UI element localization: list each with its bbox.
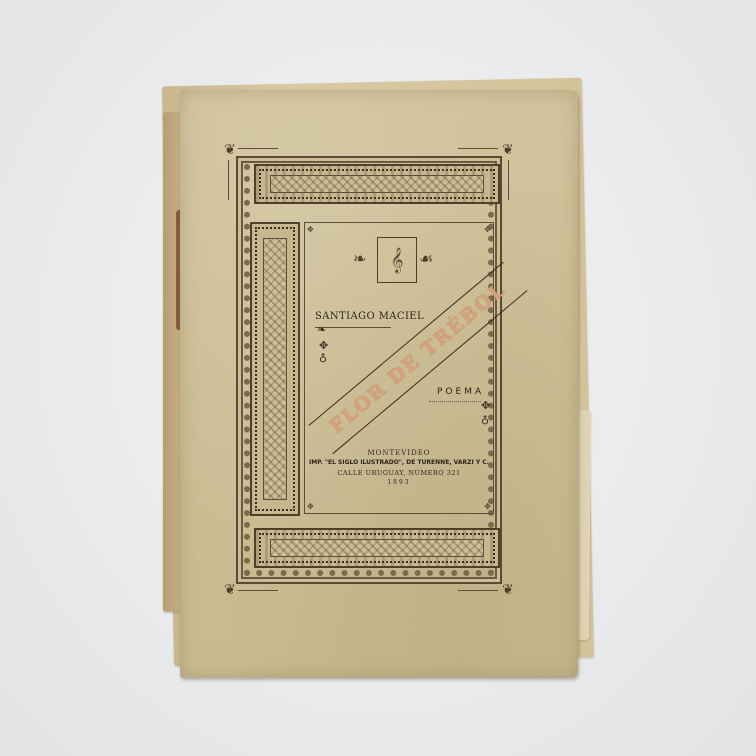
corner-rule: [458, 590, 498, 591]
subtitle-rule: [429, 401, 481, 402]
author-rule: [315, 327, 391, 328]
small-cross-icon: ✥: [484, 502, 491, 511]
swirl-left-icon: ❧: [353, 249, 366, 268]
corner-rule: [228, 160, 229, 200]
floral-pattern: [263, 238, 287, 500]
corner-rule: [508, 160, 509, 200]
drop-ornament-icon: ♁: [319, 351, 327, 364]
author-name: SANTIAGO MACIEL: [315, 311, 424, 322]
top-ornamental-panel: [254, 164, 500, 204]
corner-ornament-icon: ❦: [500, 142, 516, 158]
imprint-city: MONTEVIDEO: [305, 449, 493, 457]
small-cross-icon: ✥: [484, 225, 491, 234]
lyre-icon: 𝄞: [390, 248, 403, 273]
title-area: ✥ ✥ ✥ ✥ ❧ 𝄞 ☙ SANTIAGO MACIEL ❧ ✥ ♁ FLOR…: [304, 222, 494, 514]
lyre-emblem: 𝄞: [377, 237, 417, 283]
book-cover: ❦ ❦ ❦ ❦ ✥ ✥ ✥ ✥ ❧ 𝄞: [180, 90, 578, 678]
small-cross-icon: ✥: [307, 225, 314, 234]
left-ornamental-panel: [250, 222, 300, 516]
drop-ornament-icon: ♁: [481, 413, 489, 426]
imprint-printer: IMP. "EL SIGLO ILUSTRADO", DE TURENNE, V…: [305, 459, 493, 466]
imprint-year: 1893: [305, 479, 493, 486]
subtitle: POEMA: [437, 387, 484, 397]
corner-ornament-icon: ❦: [222, 582, 238, 598]
corner-rule: [238, 148, 278, 149]
corner-ornament-icon: ❦: [500, 582, 516, 598]
swirl-right-icon: ☙: [419, 249, 433, 268]
bottom-ornamental-panel: [254, 528, 500, 568]
photo-scene: ❦ ❦ ❦ ❦ ✥ ✥ ✥ ✥ ❧ 𝄞: [0, 0, 756, 756]
corner-rule: [458, 148, 498, 149]
small-cross-icon: ✥: [481, 399, 490, 412]
imprint-address: CALLE URUGUAY, NÚMERO 321: [305, 469, 493, 477]
garland-ornament-icon: ❧: [317, 323, 326, 336]
floral-pattern: [270, 175, 484, 193]
floral-pattern: [270, 539, 484, 557]
small-cross-icon: ✥: [307, 502, 314, 511]
corner-rule: [238, 590, 278, 591]
